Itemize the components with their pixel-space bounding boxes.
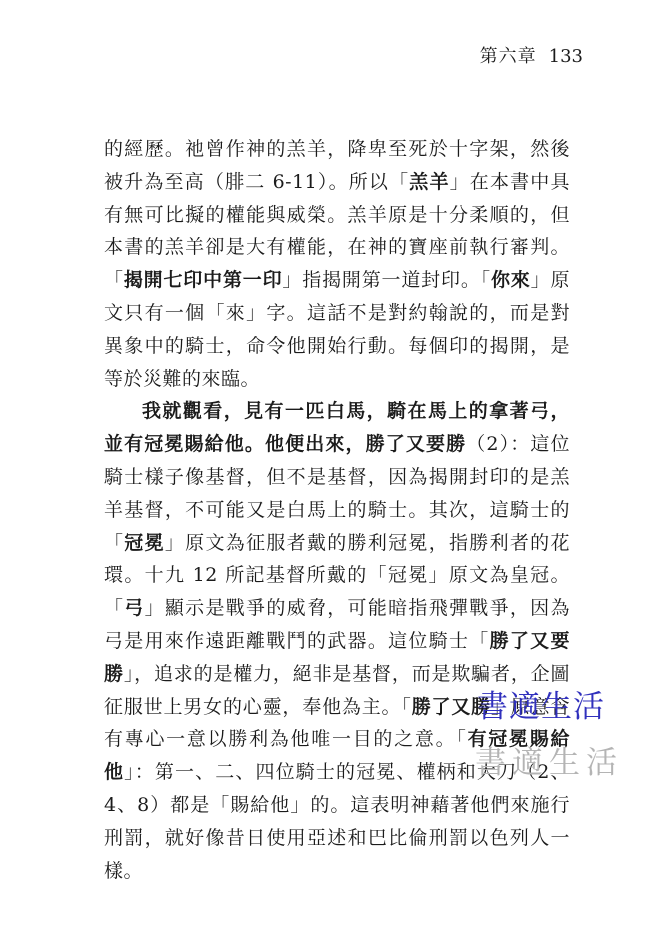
text-segment-bold: 勝了又勝 xyxy=(412,696,491,718)
page-number: 133 xyxy=(549,46,583,67)
text-segment-bold: 你來 xyxy=(491,269,531,291)
paragraph: 我就觀看，見有一匹白馬，騎在馬上的拿著弓，並有冠冕賜給他。他便出來，勝了又要勝（… xyxy=(104,395,570,887)
book-page: 第六章133 的經歷。祂曾作神的羔羊，降卑至死於十字架，然後被升為至高（腓二 6… xyxy=(0,0,652,925)
text-segment-bold: 羔羊 xyxy=(409,171,449,193)
chapter-title: 第六章 xyxy=(480,46,537,67)
text-segment-bold: 弓 xyxy=(124,597,144,619)
paragraph: 的經歷。祂曾作神的羔羊，降卑至死於十字架，然後被升為至高（腓二 6-11）。所以… xyxy=(104,133,570,395)
text-segment: 」：第一、二、四位騎士的冠冕、權柄和大刀（2、4、8）都是「賜給他」的。這表明神… xyxy=(104,761,570,881)
text-segment-bold: 冠冕 xyxy=(124,532,165,554)
text-segment: 」指揭開第一道封印。「 xyxy=(282,269,491,291)
running-header: 第六章133 xyxy=(480,46,583,68)
text-segment-bold: 揭開七印中第一印 xyxy=(124,269,283,291)
text-block: 的經歷。祂曾作神的羔羊，降卑至死於十字架，然後被升為至高（腓二 6-11）。所以… xyxy=(104,133,570,887)
